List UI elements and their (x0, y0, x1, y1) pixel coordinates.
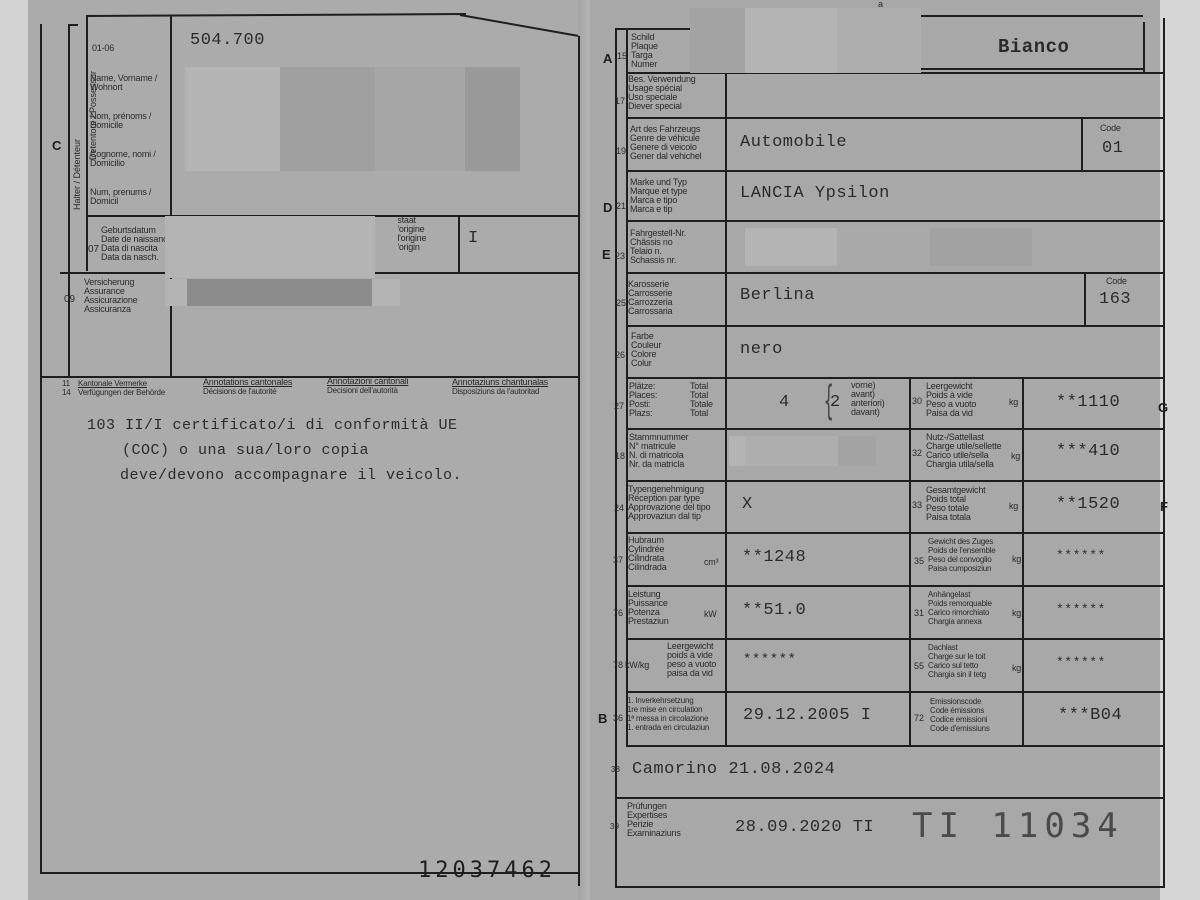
field-label: Paisa totala (926, 513, 985, 522)
field-24-value: X (742, 495, 753, 514)
rule (626, 170, 1164, 172)
field-37-labels: Hubraum Cylindrée Cilindrata Cilindrada (628, 536, 667, 572)
field-32-labels: Nutz-/Sattellast Charge utile/sellette C… (926, 433, 1001, 469)
rule (578, 36, 580, 886)
field-label: 1ª messa in circolazione (627, 714, 709, 723)
origin-label: Lieu d'origin (398, 243, 456, 252)
field-label: Colur (631, 359, 661, 368)
annotation-header-it: Annotazioni cantonali (327, 377, 408, 386)
section-letter-e: E (602, 247, 611, 262)
field-37-unit: cm³ (704, 558, 718, 567)
annotation-header-rm: Annotaziuns chantunalas (452, 378, 548, 387)
field-label: 1. entrada en circulaziun (627, 723, 709, 732)
rule (921, 68, 1143, 70)
field-76-number: 76 (613, 608, 623, 618)
rule (1081, 117, 1083, 172)
annotations-rm: Annotaziuns chantunalas Disposiziuns da … (452, 378, 548, 396)
rule (170, 16, 172, 376)
annotation-number: 14 (62, 388, 71, 397)
section-letter-b: B (598, 711, 607, 726)
field-17-labels: Bes. Verwendung Usage spécial Uso specia… (628, 75, 696, 111)
field-09-number: 09 (64, 294, 75, 305)
field-33-value: **1520 (1056, 495, 1120, 514)
field-26-labels: Farbe Couleur Colore Colur (631, 332, 661, 368)
field-24-number: 24 (614, 503, 624, 513)
rule (626, 691, 1164, 693)
field-33-labels: Gesamtgewicht Poids total Peso totale Pa… (926, 486, 985, 522)
field-31-unit: kg (1012, 609, 1021, 618)
section-letter-f: F (1160, 499, 1168, 514)
field-label: Carico sul tetto (928, 661, 986, 670)
rule (909, 377, 911, 747)
field-78-number: 78 (613, 660, 623, 670)
field-35-unit: kg (1012, 555, 1021, 564)
field-label: Approvaziun dal tip (628, 512, 710, 521)
field-27-total-labels: Total Total Totale Total (690, 382, 713, 418)
field-25-labels: Karosserie Carrosserie Carrozzeria Carro… (628, 280, 672, 316)
rule (626, 377, 1164, 379)
rule (626, 220, 1164, 222)
field-label: Prestaziun (628, 617, 669, 626)
field-27-labels: Plätze: Places: Posti: Plazs: (629, 382, 657, 418)
redacted-birthdate (165, 216, 375, 278)
field-21-number: 21 (616, 201, 626, 211)
background-edge-right (1160, 0, 1200, 900)
section-letter-g: G (1158, 400, 1168, 415)
serial-number: 12037462 (418, 858, 556, 883)
rule (458, 215, 460, 273)
rule (615, 797, 1165, 799)
field-25-number: 25 (616, 298, 626, 308)
field-label: Chargia sin il tetg (928, 670, 986, 679)
field-21-labels: Marke und Typ Marque et type Marca e tip… (630, 178, 687, 214)
field-19-labels: Art des Fahrzeugs Genre de véhicule Gene… (630, 125, 701, 161)
annotation-number: 11 (62, 379, 71, 388)
field-32-number: 32 (912, 448, 922, 458)
field-07-label: Data da nasch. (101, 253, 172, 262)
field-27-value: 4 (779, 393, 790, 412)
annotation-header-de: Kantonale Vermerke (78, 379, 165, 388)
field-76-labels: Leistung Puissance Potenza Prestaziun (628, 590, 669, 626)
field-label: Charge sur le toit (928, 652, 986, 661)
annotations-de: Kantonale Vermerke Verfügungen der Behör… (78, 379, 165, 397)
field-31-number: 31 (914, 608, 924, 618)
field-label: davant) (851, 408, 885, 417)
field-55-labels: Dachlast Charge sur le toit Carico sul t… (928, 643, 986, 679)
field-19-number: 19 (616, 146, 626, 156)
rule (1163, 18, 1165, 888)
section-letter-c: C (52, 138, 61, 153)
field-55-unit: kg (1012, 664, 1021, 673)
field-36-number: 36 (613, 713, 623, 723)
field-label: Codice emissioni (930, 715, 990, 724)
rule (615, 886, 1165, 888)
annotation-header-it: Decisioni dell'autorità (327, 386, 408, 395)
rule (68, 24, 78, 26)
holder-label: Cognome, nomi / Domicilio (90, 150, 168, 168)
field-label: 1. Inverkehrsetzung (627, 696, 709, 705)
field-37-number: 37 (613, 555, 623, 565)
field-25-code-value: 163 (1099, 290, 1131, 309)
field-35-value: ****** (1056, 548, 1106, 563)
field-18-number: 18 (615, 451, 625, 461)
redacted-plate (745, 8, 837, 73)
redacted-matricule (745, 436, 838, 466)
field-21-value: LANCIA Ypsilon (740, 184, 890, 203)
redacted-holder-name (465, 67, 520, 171)
field-01-06-label: 01-06 (92, 44, 114, 53)
rule (626, 638, 1164, 640)
field-15-value: Bianco (998, 36, 1069, 58)
annotations-numbers: 11 14 (62, 379, 71, 397)
field-25-value: Berlina (740, 286, 815, 305)
annotation-line: deve/devono accompagnare il veicolo. (120, 467, 462, 484)
holder-label: Nom, prénoms / Domicile (90, 112, 168, 130)
field-30-number: 30 (912, 396, 922, 406)
field-label: Peso del convoglio (928, 555, 996, 564)
rule (626, 117, 1164, 119)
field-26-value: nero (740, 340, 783, 359)
annotation-header-fr: Décisions de l'autorité (203, 387, 292, 396)
field-label: Chargia annexa (928, 617, 992, 626)
field-17-number: 17 (615, 96, 625, 106)
field-30-value: **1110 (1056, 393, 1120, 412)
origin-labels: Heimatstaat Lieu d'origine Luogo d'origi… (398, 216, 456, 252)
field-72-value: ***B04 (1058, 706, 1122, 725)
field-38-number: 38 (611, 765, 620, 774)
field-label: Gener dal vehichel (630, 152, 701, 161)
field-26-number: 26 (615, 350, 625, 360)
field-09-labels: Versicherung Assurance Assicurazione Ass… (84, 278, 137, 314)
field-76-value: **51.0 (742, 601, 806, 620)
rule (1084, 272, 1086, 327)
field-label: paisa da vid (667, 669, 716, 678)
field-39-labels: Prüfungen Expertises Perizie Examinaziun… (627, 802, 681, 838)
field-19-value: Automobile (740, 133, 847, 152)
annotation-header-rm: Disposiziuns da l'autoritad (452, 387, 548, 396)
field-label: Paisa cumposiziun (928, 564, 996, 573)
field-78-labels: Leergewicht poids à vide peso a vuoto pa… (667, 642, 716, 678)
annotation-header-de: Verfügungen der Behörde (78, 388, 165, 397)
field-32-value: ***410 (1056, 442, 1120, 461)
redacted-chassis (745, 228, 837, 266)
field-76-unit: kW (704, 610, 717, 619)
annotations-it: Annotazioni cantonali Decisioni dell'aut… (327, 377, 408, 395)
annotation-line: (COC) o una sua/loro copia (122, 442, 369, 459)
field-label: Carrossaria (628, 307, 672, 316)
field-35-labels: Gewicht des Zuges Poids de l'ensemble Pe… (928, 537, 996, 573)
perforated-stamp: TI 11034 (912, 806, 1124, 846)
field-label: Plazs: (629, 409, 657, 418)
rule (40, 24, 42, 874)
field-78-value: ****** (743, 652, 796, 668)
field-27-number: 27 (614, 401, 624, 411)
field-33-number: 33 (912, 500, 922, 510)
rule (1143, 22, 1145, 72)
redacted-holder-name (375, 67, 465, 171)
field-36-labels: 1. Inverkehrsetzung 1re mise en circulat… (627, 696, 709, 732)
holder-labels: Name, Vorname / Wohnort Nom, prénoms / D… (90, 74, 170, 206)
field-15-number: 15 (617, 51, 627, 61)
field-label: Dachlast (928, 643, 986, 652)
rule (1022, 377, 1024, 747)
rule (921, 15, 1143, 17)
field-label: Poids remorquable (928, 599, 992, 608)
field-07-labels: Geburtsdatum Date de naissance Data di n… (101, 226, 172, 262)
field-78-unit: kW/kg (625, 661, 649, 670)
rule (626, 745, 1164, 747)
field-19-code-label: Code (1100, 124, 1121, 133)
field-19-code-value: 01 (1102, 139, 1123, 158)
redacted-chassis (837, 228, 930, 266)
field-label: Chargia utila/sella (926, 460, 1001, 469)
redacted-holder-name (280, 67, 375, 171)
field-39-value: 28.09.2020 TI (735, 818, 874, 837)
field-label: Emissionscode (930, 697, 990, 706)
field-label: Schassis nr. (630, 256, 686, 265)
rule (725, 72, 727, 747)
field-label: Code émissions (930, 706, 990, 715)
field-label: Numer (631, 60, 658, 69)
field-07-number: 07 (88, 244, 99, 255)
field-01-06-value: 504.700 (190, 31, 265, 50)
field-15-labels: Schild Plaque Targa Numer (631, 33, 658, 69)
field-label: Gewicht des Zuges (928, 537, 996, 546)
field-label: Total (690, 409, 713, 418)
field-31-value: ****** (1056, 602, 1106, 617)
field-30-labels: Leergewicht Poids à vide Peso a vuoto Pa… (926, 382, 976, 418)
rule (626, 480, 1164, 482)
field-33-unit: kg (1009, 502, 1018, 511)
redacted-insurance (187, 279, 372, 306)
field-label: Nr. da matricla (629, 460, 688, 469)
field-label: Carico rimorchiato (928, 608, 992, 617)
field-36-value: 29.12.2005 I (743, 706, 871, 725)
field-18-labels: Stammnummer N° matricule N. di matricola… (629, 433, 688, 469)
rule (626, 28, 628, 746)
section-letter-a: A (603, 51, 612, 66)
annotation-line: 103 II/I certificato/i di conformità UE (87, 417, 458, 434)
field-27-front-labels: vorne) avant) anteriori) davant) (851, 381, 885, 417)
rule (68, 26, 70, 376)
field-72-number: 72 (914, 713, 924, 723)
origin-value: I (468, 229, 479, 248)
redacted-chassis (930, 228, 1032, 266)
field-39-number: 39 (610, 822, 619, 831)
redacted-matricule (838, 436, 876, 466)
field-23-labels: Fahrgestell-Nr. Châssis no Telaio n. Sch… (630, 229, 686, 265)
field-label: Paisa da vid (926, 409, 976, 418)
annotations-fr: Annotations cantonales Décisions de l'au… (203, 378, 292, 396)
field-30-unit: kg (1009, 398, 1018, 407)
field-35-number: 35 (914, 556, 924, 566)
redacted-holder-name (185, 67, 280, 171)
field-label: Examinaziuns (627, 829, 681, 838)
field-label: Anhängelast (928, 590, 992, 599)
rule (626, 428, 1164, 430)
field-label: Marca e tip (630, 205, 687, 214)
field-25-code-label: Code (1106, 277, 1127, 286)
field-38-value: Camorino 21.08.2024 (632, 760, 835, 779)
field-label: Code d'emissiuns (930, 724, 990, 733)
field-09-label: Assicuranza (84, 305, 137, 314)
field-label: Diever special (628, 102, 696, 111)
field-31-labels: Anhängelast Poids remorquable Carico rim… (928, 590, 992, 626)
redacted-insurance (165, 279, 187, 306)
section-letter-d: D (603, 200, 612, 215)
holder-label: Name, Vorname / Wohnort (90, 74, 168, 92)
redacted-matricule (729, 436, 745, 466)
field-label: Cilindrada (628, 563, 667, 572)
redacted-plate (690, 8, 745, 73)
field-72-labels: Emissionscode Code émissions Codice emis… (930, 697, 990, 733)
redacted-insurance (372, 279, 400, 306)
annotation-header-fr: Annotations cantonales (203, 378, 292, 387)
field-23-number: 23 (615, 251, 625, 261)
field-37-value: **1248 (742, 548, 806, 567)
field-55-number: 55 (914, 661, 924, 671)
rule (626, 585, 1164, 587)
holder-vertical-label-1: Halter / Détenteur (72, 139, 82, 210)
field-24-labels: Typengenehmigung Réception par type Appr… (628, 485, 710, 521)
field-label: 1re mise en circulation (627, 705, 709, 714)
holder-label: Num, prenums / Domicil (90, 188, 168, 206)
rule (626, 532, 1164, 534)
field-27-front-value: 2 (830, 393, 841, 412)
field-label: Poids de l'ensemble (928, 546, 996, 555)
redacted-plate (837, 8, 921, 73)
field-32-unit: kg (1011, 452, 1020, 461)
field-55-value: ****** (1056, 655, 1106, 670)
